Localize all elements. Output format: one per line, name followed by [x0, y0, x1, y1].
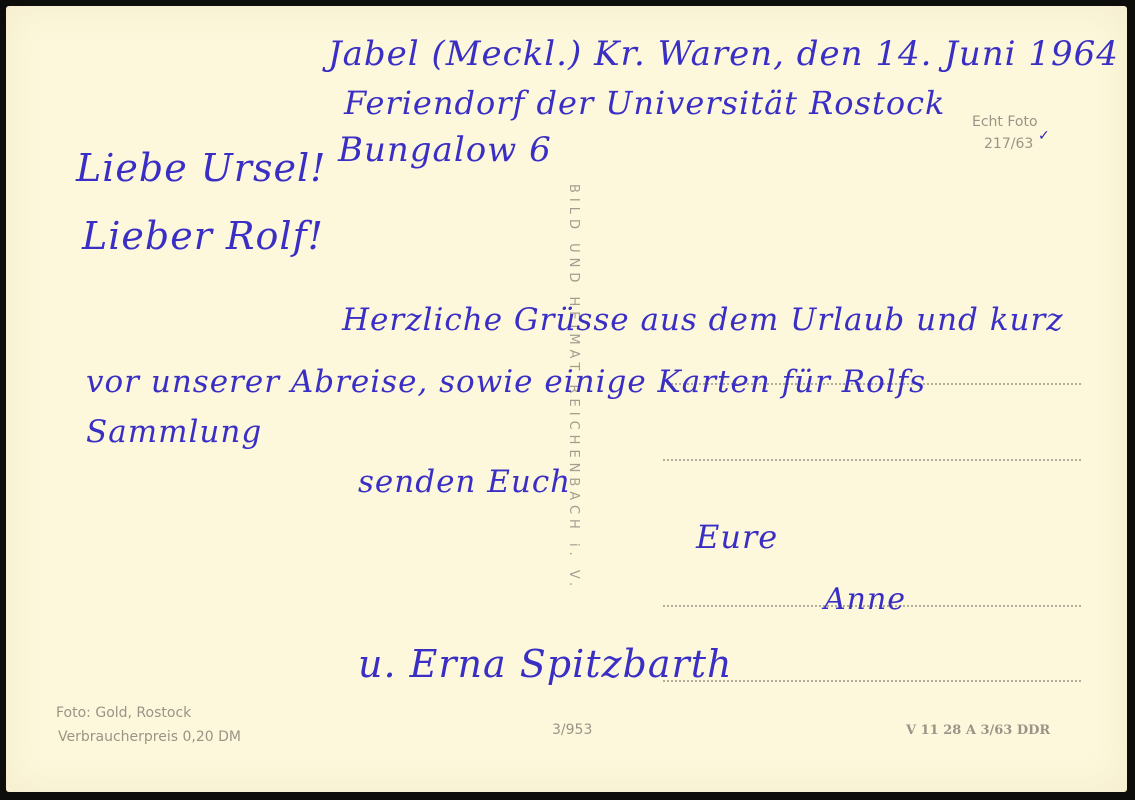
closing-eure: Eure: [696, 518, 778, 556]
address-line-2: [663, 459, 1081, 461]
body-line2: vor unserer Abreise, sowie einige Karten…: [86, 364, 926, 400]
echt-foto-number: 217/63: [984, 136, 1033, 152]
handwritten-location-line3: Bungalow 6: [338, 130, 552, 170]
postcard-back: Jabel (Meckl.) Kr. Waren, den 14. Juni 1…: [6, 6, 1127, 792]
body-line4: senden Euch: [358, 464, 571, 500]
check-mark-icon: ✓: [1038, 128, 1050, 144]
card-number: 3/953: [552, 722, 592, 738]
handwritten-location-line2: Feriendorf der Universität Rostock: [344, 84, 945, 122]
greeting-line1: Liebe Ursel!: [76, 146, 326, 190]
echt-foto-label: Echt Foto: [972, 114, 1038, 130]
greeting-line2: Lieber Rolf!: [82, 214, 324, 258]
license-number: V 11 28 A 3/63 DDR: [906, 723, 1050, 738]
body-line1: Herzliche Grüsse aus dem Urlaub und kurz: [342, 302, 1064, 338]
consumer-price: Verbraucherpreis 0,20 DM: [58, 729, 241, 745]
signature-anne: Anne: [824, 582, 906, 617]
photo-credit: Foto: Gold, Rostock: [56, 705, 191, 721]
body-line3: Sammlung: [86, 414, 262, 450]
handwritten-location-date: Jabel (Meckl.) Kr. Waren, den 14. Juni 1…: [328, 34, 1119, 74]
signature-erna: u. Erna Spitzbarth: [358, 642, 732, 686]
